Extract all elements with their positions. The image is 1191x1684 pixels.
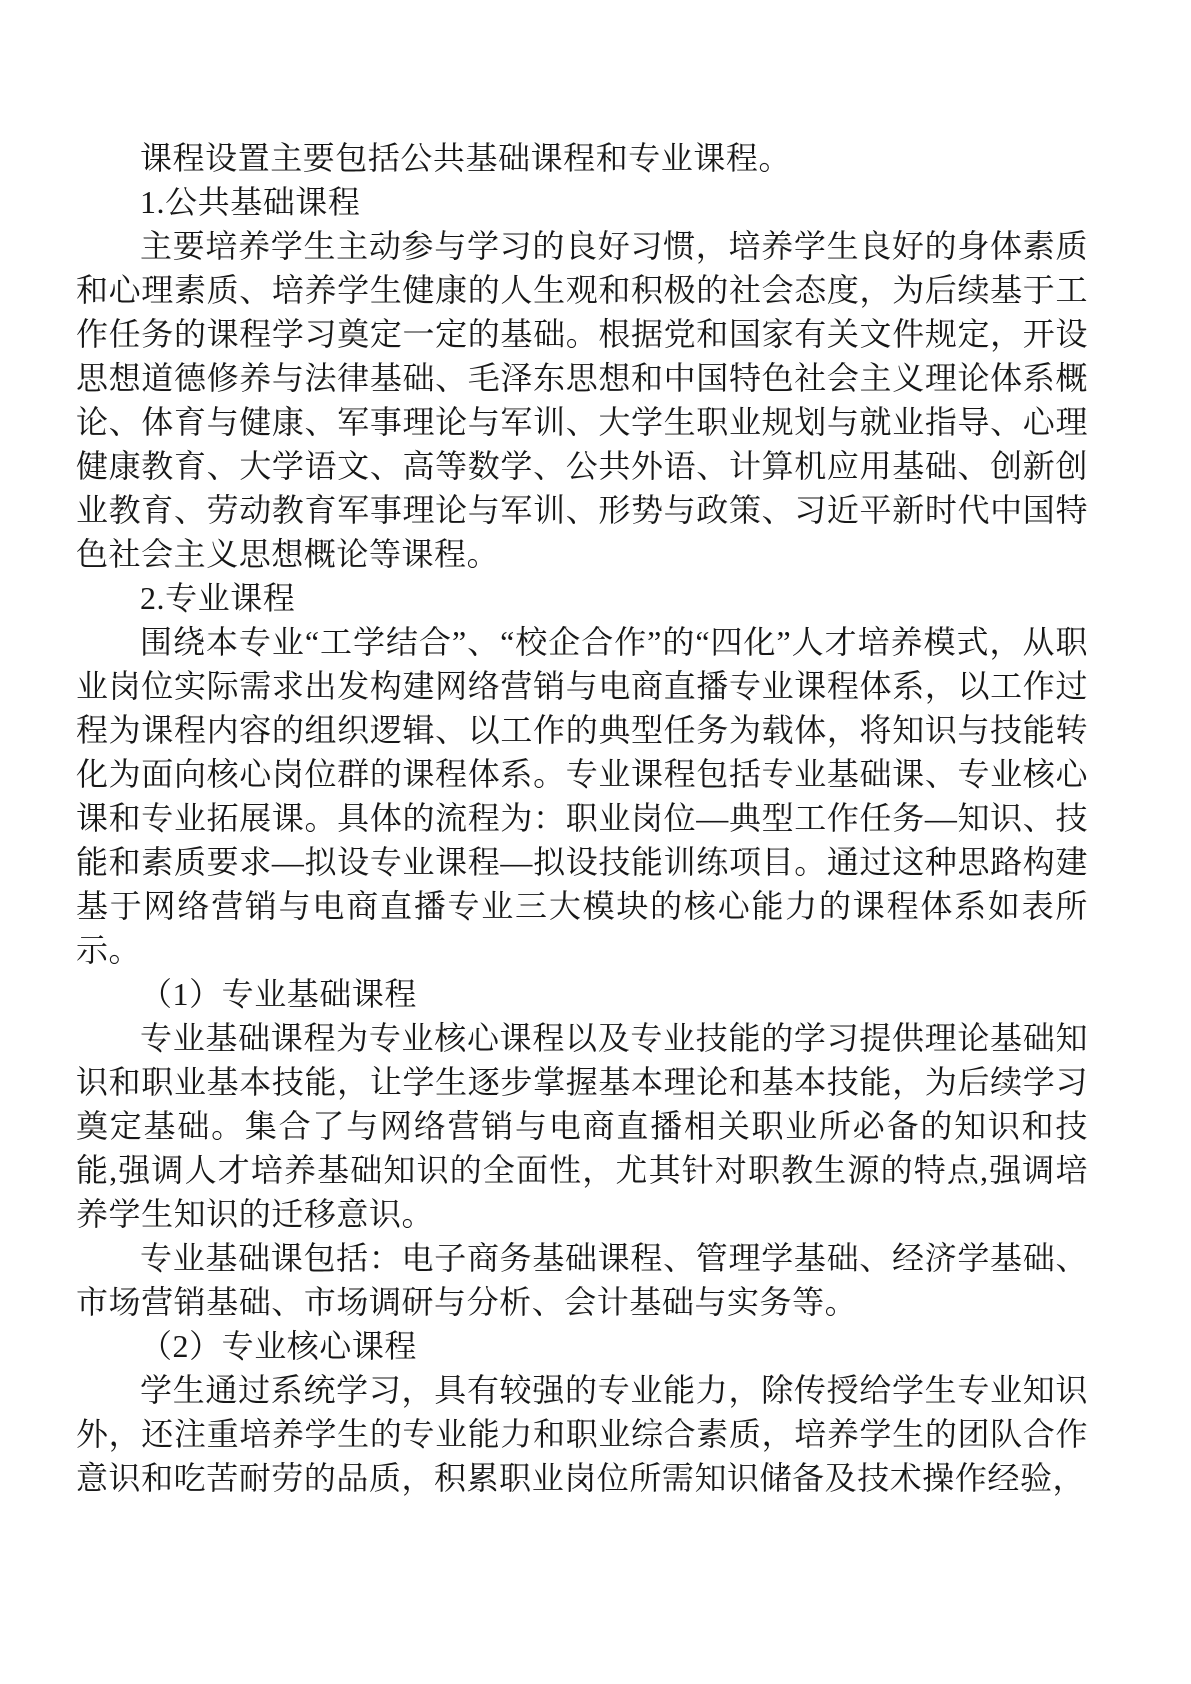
heading-professional-courses: 2.专业课程 xyxy=(76,576,1088,620)
paragraph-course-setup-overview: 课程设置主要包括公共基础课程和专业课程。 xyxy=(76,136,1088,180)
heading-professional-basic-courses: （1）专业基础课程 xyxy=(76,972,1088,1016)
paragraph-professional-core-courses: 学生通过系统学习，具有较强的专业能力，除传授给学生专业知识外，还注重培养学生的专… xyxy=(76,1368,1088,1500)
paragraph-professional-basic-courses-description: 专业基础课程为专业核心课程以及专业技能的学习提供理论基础知识和职业基本技能，让学… xyxy=(76,1016,1088,1236)
paragraph-professional-courses: 围绕本专业“工学结合”、“校企合作”的“四化”人才培养模式，从职业岗位实际需求出… xyxy=(76,620,1088,972)
paragraph-public-basic-courses: 主要培养学生主动参与学习的良好习惯，培养学生良好的身体素质和心理素质、培养学生健… xyxy=(76,224,1088,576)
document-page: 课程设置主要包括公共基础课程和专业课程。 1.公共基础课程 主要培养学生主动参与… xyxy=(0,0,1191,1684)
heading-public-basic-courses: 1.公共基础课程 xyxy=(76,180,1088,224)
paragraph-professional-basic-courses-list: 专业基础课包括：电子商务基础课程、管理学基础、经济学基础、市场营销基础、市场调研… xyxy=(76,1236,1088,1324)
heading-professional-core-courses: （2）专业核心课程 xyxy=(76,1324,1088,1368)
